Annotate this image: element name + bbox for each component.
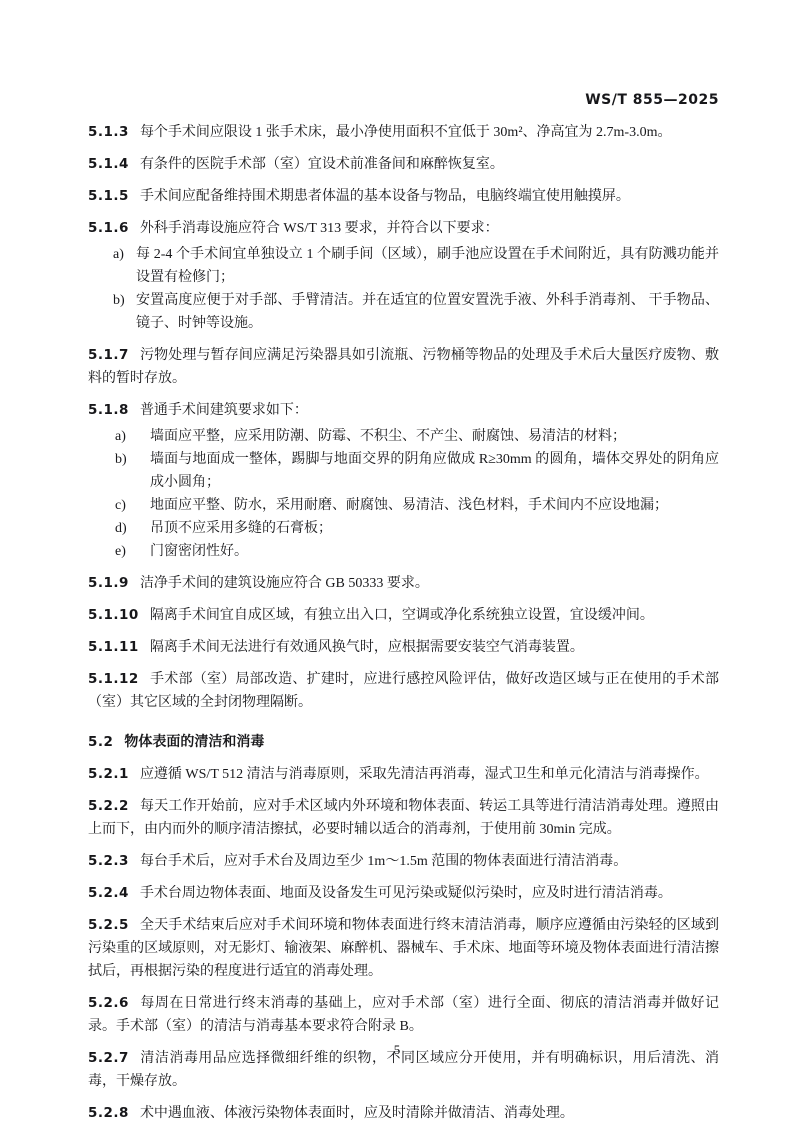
clause-number: 5.1.4	[88, 156, 129, 172]
list-item-b: b)墙面与地面成一整体，踢脚与地面交界的阴角应做成 R≥30mm 的圆角，墙体交…	[115, 448, 719, 494]
clause-text: 普通手术间建筑要求如下：	[140, 403, 308, 418]
clause-text: 污物处理与暂存间应满足污染器具如引流瓶、污物桶等物品的处理及手术后大量医疗废物、…	[88, 348, 719, 386]
list-item-text: 安置高度应便于对手部、手臂清洁。并在适宜的位置安置洗手液、外科手消毒剂、 干手物…	[136, 289, 719, 335]
clause-5.1.4: 5.1.4有条件的医院手术部（室）宜设术前准备间和麻醉恢复室。	[88, 153, 719, 176]
section-heading-5.2: 5.2物体表面的清洁和消毒	[88, 731, 719, 754]
clause-5.2.8: 5.2.8术中遇血液、体液污染物体表面时，应及时清除并做清洁、消毒处理。	[88, 1102, 719, 1123]
list-item-e: e)门窗密闭性好。	[115, 540, 719, 563]
clause-text: 手术间应配备维持围术期患者体温的基本设备与物品，电脑终端宜使用触摸屏。	[140, 189, 630, 204]
clause-number: 5.2	[88, 734, 113, 750]
clause-number: 5.1.3	[88, 124, 129, 140]
clause-number: 5.2.3	[88, 853, 129, 869]
list-item-d: d)吊顶不应采用多缝的石膏板；	[115, 517, 719, 540]
clause-text: 每台手术后，应对手术台及周边至少 1m～1.5m 范围的物体表面进行清洁消毒。	[140, 854, 627, 869]
clause-5.2.3: 5.2.3每台手术后，应对手术台及周边至少 1m～1.5m 范围的物体表面进行清…	[88, 850, 719, 873]
clause-text: 有条件的医院手术部（室）宜设术前准备间和麻醉恢复室。	[140, 157, 504, 172]
list-item-text: 墙面与地面成一整体，踢脚与地面交界的阴角应做成 R≥30mm 的圆角，墙体交界处…	[150, 448, 719, 494]
clause-number: 5.1.7	[88, 347, 129, 363]
clause-5.1.12: 5.1.12手术部（室）局部改造、扩建时，应进行感控风险评估，做好改造区域与正在…	[88, 668, 719, 714]
clause-5.1.7: 5.1.7污物处理与暂存间应满足污染器具如引流瓶、污物桶等物品的处理及手术后大量…	[88, 344, 719, 390]
list-item-text: 地面应平整、防水，采用耐磨、耐腐蚀、易清洁、浅色材料，手术间内不应设地漏；	[150, 494, 719, 517]
document-page: WS/T 855—2025 5.1.3每个手术间应限设 1 张手术床，最小净使用…	[0, 0, 794, 1123]
clause-number: 5.1.9	[88, 575, 129, 591]
list-item-b: b)安置高度应便于对手部、手臂清洁。并在适宜的位置安置洗手液、外科手消毒剂、 干…	[113, 289, 719, 335]
clause-text: 全天手术结束后应对手术间环境和物体表面进行终末清洁消毒，顺序应遵循由污染轻的区域…	[88, 918, 719, 979]
list-item-c: c)地面应平整、防水，采用耐磨、耐腐蚀、易清洁、浅色材料，手术间内不应设地漏；	[115, 494, 719, 517]
list-item-marker: a)	[115, 425, 150, 448]
clause-5.1.9: 5.1.9洁净手术间的建筑设施应符合 GB 50333 要求。	[88, 572, 719, 595]
list-item-text: 每 2-4 个手术间宜单独设立 1 个刷手间（区域），刷手池应设置在手术间附近，…	[136, 243, 719, 289]
clause-number: 5.1.6	[88, 220, 129, 236]
clause-number: 5.2.1	[88, 766, 129, 782]
clause-text: 隔离手术间无法进行有效通风换气时，应根据需要安装空气消毒装置。	[150, 640, 584, 655]
clause-number: 5.2.2	[88, 798, 129, 814]
list-item-text: 墙面应平整，应采用防潮、防霉、不积尘、不产尘、耐腐蚀、易清洁的材料；	[150, 425, 719, 448]
clause-5.2.6: 5.2.6每周在日常进行终末消毒的基础上，应对手术部（室）进行全面、彻底的清洁消…	[88, 992, 719, 1038]
clause-text: 每周在日常进行终末消毒的基础上，应对手术部（室）进行全面、彻底的清洁消毒并做好记…	[88, 996, 719, 1034]
clause-text: 每天工作开始前，应对手术区域内外环境和物体表面、转运工具等进行清洁消毒处理。遵照…	[88, 799, 719, 837]
document-header: WS/T 855—2025	[88, 92, 719, 108]
clause-number: 5.2.6	[88, 995, 129, 1011]
list-item-marker: a)	[113, 243, 136, 289]
clause-5.2.4: 5.2.4手术台周边物体表面、地面及设备发生可见污染或疑似污染时，应及时进行清洁…	[88, 882, 719, 905]
list-item-marker: b)	[113, 289, 136, 335]
clause-number: 5.1.12	[88, 671, 139, 687]
list-item-text: 门窗密闭性好。	[150, 540, 719, 563]
clause-number: 5.1.10	[88, 607, 139, 623]
clause-5.1.5: 5.1.5手术间应配备维持围术期患者体温的基本设备与物品，电脑终端宜使用触摸屏。	[88, 185, 719, 208]
clause-5.1.3: 5.1.3每个手术间应限设 1 张手术床，最小净使用面积不宜低于 30m²、净高…	[88, 121, 719, 144]
clause-5.1.10: 5.1.10隔离手术间宜自成区域，有独立出入口，空调或净化系统独立设置，宜设缓冲…	[88, 604, 719, 627]
clause-5.2.5: 5.2.5全天手术结束后应对手术间环境和物体表面进行终末清洁消毒，顺序应遵循由污…	[88, 914, 719, 983]
clause-number: 5.1.8	[88, 402, 129, 418]
list-item-marker: c)	[115, 494, 150, 517]
clause-5.1.11: 5.1.11隔离手术间无法进行有效通风换气时，应根据需要安装空气消毒装置。	[88, 636, 719, 659]
clause-5.1.6: 5.1.6外科手消毒设施应符合 WS/T 313 要求，并符合以下要求：	[88, 217, 719, 240]
list-item-a: a)墙面应平整，应采用防潮、防霉、不积尘、不产尘、耐腐蚀、易清洁的材料；	[115, 425, 719, 448]
clause-text: 每个手术间应限设 1 张手术床，最小净使用面积不宜低于 30m²、净高宜为 2.…	[140, 125, 672, 140]
list-item-text: 吊顶不应采用多缝的石膏板；	[150, 517, 719, 540]
clause-text: 隔离手术间宜自成区域，有独立出入口，空调或净化系统独立设置，宜设缓冲间。	[150, 608, 654, 623]
list-item-marker: e)	[115, 540, 150, 563]
clause-text: 手术部（室）局部改造、扩建时，应进行感控风险评估，做好改造区域与正在使用的手术部…	[88, 672, 719, 710]
clause-number: 5.1.11	[88, 639, 139, 655]
list-item-marker: b)	[115, 448, 150, 494]
list-item-a: a)每 2-4 个手术间宜单独设立 1 个刷手间（区域），刷手池应设置在手术间附…	[113, 243, 719, 289]
clause-number: 5.1.5	[88, 188, 129, 204]
clause-5.1.8: 5.1.8普通手术间建筑要求如下：	[88, 399, 719, 422]
clause-text: 外科手消毒设施应符合 WS/T 313 要求，并符合以下要求：	[140, 221, 499, 236]
clause-text: 洁净手术间的建筑设施应符合 GB 50333 要求。	[140, 576, 429, 591]
clause-text: 应遵循 WS/T 512 清洁与消毒原则，采取先清洁再消毒，湿式卫生和单元化清洁…	[140, 767, 709, 782]
clause-text: 手术台周边物体表面、地面及设备发生可见污染或疑似污染时，应及时进行清洁消毒。	[140, 886, 672, 901]
clause-text: 物体表面的清洁和消毒	[124, 735, 264, 750]
clause-number: 5.2.5	[88, 917, 129, 933]
standard-number: WS/T 855—2025	[585, 92, 719, 108]
clause-number: 5.2.4	[88, 885, 129, 901]
sub-item-list: a)墙面应平整，应采用防潮、防霉、不积尘、不产尘、耐腐蚀、易清洁的材料；b)墙面…	[88, 425, 719, 563]
clause-number: 5.2.8	[88, 1105, 129, 1121]
clause-5.2.1: 5.2.1应遵循 WS/T 512 清洁与消毒原则，采取先清洁再消毒，湿式卫生和…	[88, 763, 719, 786]
clause-5.2.2: 5.2.2每天工作开始前，应对手术区域内外环境和物体表面、转运工具等进行清洁消毒…	[88, 795, 719, 841]
list-item-marker: d)	[115, 517, 150, 540]
page-number: 5	[394, 1042, 401, 1057]
sub-item-list: a)每 2-4 个手术间宜单独设立 1 个刷手间（区域），刷手池应设置在手术间附…	[88, 243, 719, 335]
document-body: 5.1.3每个手术间应限设 1 张手术床，最小净使用面积不宜低于 30m²、净高…	[88, 121, 719, 1123]
page-footer: 5	[0, 1042, 794, 1057]
clause-text: 术中遇血液、体液污染物体表面时，应及时清除并做清洁、消毒处理。	[140, 1106, 574, 1121]
